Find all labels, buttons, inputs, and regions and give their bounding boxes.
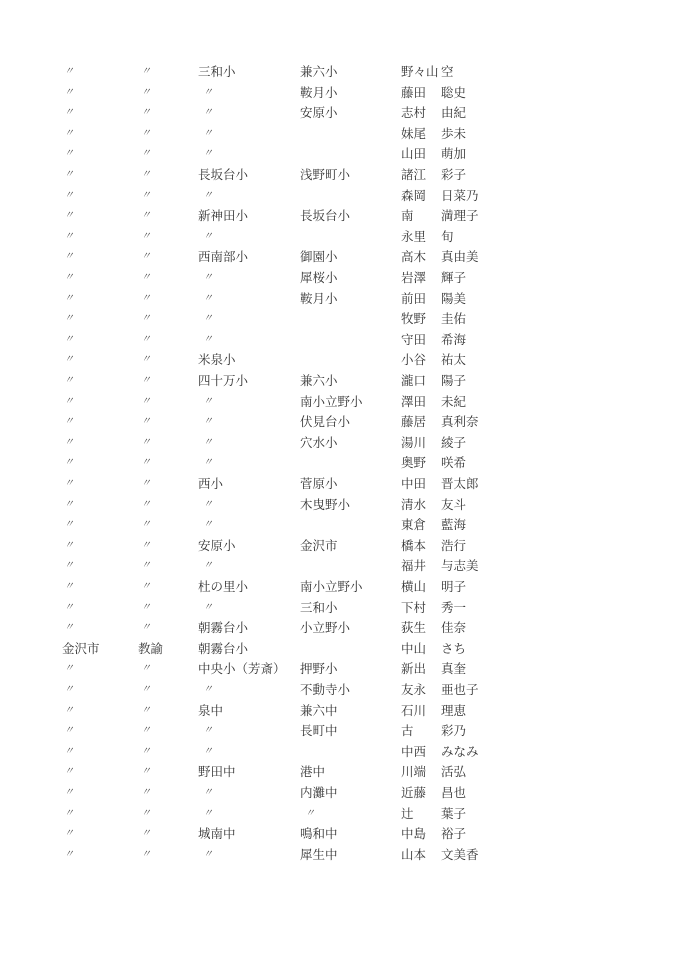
role-cell: 〃 — [141, 680, 151, 700]
school-cell: 三和小 — [198, 62, 236, 82]
school-cell: 朝霧台小 — [198, 639, 248, 659]
table-row: 〃〃米泉小小谷祐太 — [0, 350, 680, 370]
previous-school-cell: 穴水小 — [300, 433, 338, 453]
family-name: 下村 — [401, 598, 426, 618]
family-name: 古 — [401, 721, 414, 741]
previous-school-cell: 港中 — [300, 762, 325, 782]
city-cell: 〃 — [64, 289, 74, 309]
city-cell: 〃 — [64, 474, 74, 494]
city-cell: 〃 — [64, 804, 74, 824]
school-cell: 朝霧台小 — [198, 618, 248, 638]
name-cell: 山本文美香 — [401, 845, 426, 865]
school-cell: 〃 — [203, 412, 213, 432]
given-name: 旬 — [441, 227, 454, 247]
school-cell: 〃 — [203, 124, 213, 144]
table-row: 〃〃〃福井与志美 — [0, 556, 680, 576]
school-cell: 〃 — [203, 433, 213, 453]
table-row: 〃〃〃木曳野小清水友斗 — [0, 495, 680, 515]
school-cell: 〃 — [203, 804, 213, 824]
school-cell: 野田中 — [198, 762, 236, 782]
school-cell: 〃 — [203, 103, 213, 123]
table-row: 〃〃新神田小長坂台小南満理子 — [0, 206, 680, 226]
previous-school-cell: 鞍月小 — [300, 83, 338, 103]
city-cell: 〃 — [64, 659, 74, 679]
role-cell: 〃 — [141, 289, 151, 309]
city-cell: 〃 — [64, 371, 74, 391]
given-name: 活弘 — [441, 762, 466, 782]
name-cell: 小谷祐太 — [401, 350, 426, 370]
family-name: 藤田 — [401, 83, 426, 103]
role-cell: 〃 — [141, 536, 151, 556]
table-row: 〃〃〃内灘中近藤昌也 — [0, 783, 680, 803]
name-cell: 高木真由美 — [401, 247, 426, 267]
table-row: 〃〃〃妹尾歩未 — [0, 124, 680, 144]
table-row: 〃〃〃長町中古彩乃 — [0, 721, 680, 741]
role-cell: 〃 — [141, 186, 151, 206]
table-row: 〃〃城南中鳴和中中島裕子 — [0, 824, 680, 844]
name-cell: 福井与志美 — [401, 556, 426, 576]
city-cell: 〃 — [64, 433, 74, 453]
given-name: 裕子 — [441, 824, 466, 844]
name-cell: 南満理子 — [401, 206, 414, 226]
school-cell: 城南中 — [198, 824, 236, 844]
given-name: 浩行 — [441, 536, 466, 556]
role-cell: 〃 — [141, 577, 151, 597]
name-cell: 中島裕子 — [401, 824, 426, 844]
school-cell: 〃 — [203, 845, 213, 865]
given-name: 空 — [441, 62, 454, 82]
role-cell: 〃 — [141, 762, 151, 782]
school-cell: 〃 — [203, 227, 213, 247]
family-name: 小谷 — [401, 350, 426, 370]
school-cell: 〃 — [203, 742, 213, 762]
name-cell: 橋本浩行 — [401, 536, 426, 556]
name-cell: 森岡日菜乃 — [401, 186, 426, 206]
school-cell: 〃 — [203, 83, 213, 103]
previous-school-cell: 長坂台小 — [300, 206, 350, 226]
city-cell: 〃 — [64, 762, 74, 782]
given-name: 満理子 — [441, 206, 479, 226]
role-cell: 〃 — [141, 309, 151, 329]
family-name: 山田 — [401, 144, 426, 164]
previous-school-cell: 押野小 — [300, 659, 338, 679]
school-cell: 杜の里小 — [198, 577, 248, 597]
name-cell: 妹尾歩未 — [401, 124, 426, 144]
name-cell: 辻葉子 — [401, 804, 414, 824]
table-row: 〃〃〃守田希海 — [0, 330, 680, 350]
family-name: 森岡 — [401, 186, 426, 206]
role-cell: 〃 — [141, 701, 151, 721]
given-name: 文美香 — [441, 845, 479, 865]
table-row: 〃〃〃牧野圭佑 — [0, 309, 680, 329]
family-name: 永里 — [401, 227, 426, 247]
previous-school-cell: 木曳野小 — [300, 495, 350, 515]
table-row: 〃〃杜の里小南小立野小横山明子 — [0, 577, 680, 597]
table-row: 金沢市教諭朝霧台小中山さち — [0, 639, 680, 659]
school-cell: 〃 — [203, 598, 213, 618]
name-cell: 中山さち — [401, 639, 426, 659]
table-row: 〃〃〃犀桜小岩澤輝子 — [0, 268, 680, 288]
table-row: 〃〃西小菅原小中田晋太郎 — [0, 474, 680, 494]
family-name: 諸江 — [401, 165, 426, 185]
name-cell: 瀧口陽子 — [401, 371, 426, 391]
school-cell: 西小 — [198, 474, 223, 494]
table-row: 〃〃〃鞍月小前田陽美 — [0, 289, 680, 309]
role-cell: 〃 — [141, 474, 151, 494]
given-name: 友斗 — [441, 495, 466, 515]
given-name: 藍海 — [441, 515, 466, 535]
city-cell: 〃 — [64, 309, 74, 329]
family-name: 岩澤 — [401, 268, 426, 288]
family-name: 横山 — [401, 577, 426, 597]
city-cell: 〃 — [64, 845, 74, 865]
table-row: 〃〃三和小兼六小野々山空 — [0, 62, 680, 82]
document-page: 〃〃三和小兼六小野々山空〃〃〃鞍月小藤田聡史〃〃〃安原小志村由紀〃〃〃妹尾歩未〃… — [0, 0, 680, 961]
name-cell: 荻生佳奈 — [401, 618, 426, 638]
family-name: 福井 — [401, 556, 426, 576]
school-cell: 〃 — [203, 144, 213, 164]
given-name: 陽子 — [441, 371, 466, 391]
family-name: 友永 — [401, 680, 426, 700]
role-cell: 〃 — [141, 598, 151, 618]
name-cell: 守田希海 — [401, 330, 426, 350]
name-cell: 野々山空 — [401, 62, 439, 82]
role-cell: 〃 — [141, 556, 151, 576]
city-cell: 〃 — [64, 392, 74, 412]
city-cell: 〃 — [64, 721, 74, 741]
table-row: 〃〃安原小金沢市橋本浩行 — [0, 536, 680, 556]
city-cell: 〃 — [64, 83, 74, 103]
city-cell: 〃 — [64, 144, 74, 164]
table-row: 〃〃〃穴水小湯川綾子 — [0, 433, 680, 453]
role-cell: 〃 — [141, 350, 151, 370]
city-cell: 〃 — [64, 824, 74, 844]
city-cell: 〃 — [64, 598, 74, 618]
family-name: 新出 — [401, 659, 426, 679]
role-cell: 〃 — [141, 742, 151, 762]
table-row: 〃〃泉中兼六中石川理恵 — [0, 701, 680, 721]
school-cell: 〃 — [203, 186, 213, 206]
city-cell: 〃 — [64, 247, 74, 267]
name-cell: 下村秀一 — [401, 598, 426, 618]
city-cell: 〃 — [64, 124, 74, 144]
family-name: 妹尾 — [401, 124, 426, 144]
city-cell: 〃 — [64, 701, 74, 721]
previous-school-cell: 長町中 — [300, 721, 338, 741]
family-name: 橋本 — [401, 536, 426, 556]
previous-school-cell: 兼六中 — [300, 701, 338, 721]
previous-school-cell: 小立野小 — [300, 618, 350, 638]
given-name: 萌加 — [441, 144, 466, 164]
previous-school-cell: 南小立野小 — [300, 577, 363, 597]
family-name: 志村 — [401, 103, 426, 123]
role-cell: 〃 — [141, 453, 151, 473]
given-name: 未紀 — [441, 392, 466, 412]
family-name: 中田 — [401, 474, 426, 494]
family-name: 高木 — [401, 247, 426, 267]
family-name: 澤田 — [401, 392, 426, 412]
name-cell: 中田晋太郎 — [401, 474, 426, 494]
previous-school-cell: 菅原小 — [300, 474, 338, 494]
given-name: 昌也 — [441, 783, 466, 803]
city-cell: 〃 — [64, 412, 74, 432]
family-name: 奥野 — [401, 453, 426, 473]
city-cell: 〃 — [64, 556, 74, 576]
given-name: 祐太 — [441, 350, 466, 370]
name-cell: 志村由紀 — [401, 103, 426, 123]
table-row: 〃〃〃東倉藍海 — [0, 515, 680, 535]
name-cell: 奥野咲希 — [401, 453, 426, 473]
given-name: 陽美 — [441, 289, 466, 309]
city-cell: 〃 — [64, 268, 74, 288]
given-name: 彩乃 — [441, 721, 466, 741]
given-name: 咲希 — [441, 453, 466, 473]
previous-school-cell: 南小立野小 — [300, 392, 363, 412]
table-row: 〃〃〃奥野咲希 — [0, 453, 680, 473]
name-cell: 前田陽美 — [401, 289, 426, 309]
role-cell: 〃 — [141, 495, 151, 515]
family-name: 辻 — [401, 804, 414, 824]
previous-school-cell: 犀生中 — [300, 845, 338, 865]
table-row: 〃〃西南部小御園小高木真由美 — [0, 247, 680, 267]
role-cell: 〃 — [141, 83, 151, 103]
name-cell: 東倉藍海 — [401, 515, 426, 535]
role-cell: 〃 — [141, 659, 151, 679]
role-cell: 〃 — [141, 330, 151, 350]
name-cell: 川端活弘 — [401, 762, 426, 782]
role-cell: 〃 — [141, 433, 151, 453]
role-cell: 〃 — [141, 62, 151, 82]
family-name: 藤居 — [401, 412, 426, 432]
table-row: 〃〃〃三和小下村秀一 — [0, 598, 680, 618]
previous-school-cell: 金沢市 — [300, 536, 338, 556]
city-cell: 〃 — [64, 206, 74, 226]
previous-school-cell: 三和小 — [300, 598, 338, 618]
given-name: 聡史 — [441, 83, 466, 103]
family-name: 石川 — [401, 701, 426, 721]
school-cell: 〃 — [203, 330, 213, 350]
family-name: 野々山 — [401, 62, 439, 82]
role-cell: 〃 — [141, 371, 151, 391]
previous-school-cell: 〃 — [305, 804, 315, 824]
role-cell: 〃 — [141, 804, 151, 824]
city-cell: 〃 — [64, 330, 74, 350]
table-row: 〃〃〃安原小志村由紀 — [0, 103, 680, 123]
given-name: みなみ — [441, 742, 479, 762]
family-name: 中島 — [401, 824, 426, 844]
role-cell: 〃 — [141, 165, 151, 185]
family-name: 中西 — [401, 742, 426, 762]
previous-school-cell: 安原小 — [300, 103, 338, 123]
city-cell: 〃 — [64, 62, 74, 82]
role-cell: 〃 — [141, 845, 151, 865]
school-cell: 〃 — [203, 309, 213, 329]
family-name: 山本 — [401, 845, 426, 865]
school-cell: 新神田小 — [198, 206, 248, 226]
given-name: 葉子 — [441, 804, 466, 824]
table-row: 〃〃〃永里旬 — [0, 227, 680, 247]
family-name: 守田 — [401, 330, 426, 350]
table-row: 〃〃野田中港中川端活弘 — [0, 762, 680, 782]
school-cell: 〃 — [203, 721, 213, 741]
role-cell: 〃 — [141, 268, 151, 288]
city-cell: 〃 — [64, 453, 74, 473]
previous-school-cell: 浅野町小 — [300, 165, 350, 185]
given-name: 晋太郎 — [441, 474, 479, 494]
given-name: 希海 — [441, 330, 466, 350]
name-cell: 藤田聡史 — [401, 83, 426, 103]
city-cell: 〃 — [64, 350, 74, 370]
given-name: 理恵 — [441, 701, 466, 721]
given-name: 日菜乃 — [441, 186, 479, 206]
role-cell: 〃 — [141, 103, 151, 123]
table-row: 〃〃〃〃辻葉子 — [0, 804, 680, 824]
given-name: 秀一 — [441, 598, 466, 618]
name-cell: 澤田未紀 — [401, 392, 426, 412]
school-cell: 〃 — [203, 453, 213, 473]
previous-school-cell: 不動寺小 — [300, 680, 350, 700]
role-cell: 〃 — [141, 124, 151, 144]
given-name: 明子 — [441, 577, 466, 597]
family-name: 中山 — [401, 639, 426, 659]
family-name: 瀧口 — [401, 371, 426, 391]
given-name: 歩未 — [441, 124, 466, 144]
city-cell: 〃 — [64, 536, 74, 556]
given-name: 真奎 — [441, 659, 466, 679]
school-cell: 〃 — [203, 515, 213, 535]
role-cell: 教諭 — [138, 639, 163, 659]
school-cell: 長坂台小 — [198, 165, 248, 185]
role-cell: 〃 — [141, 412, 151, 432]
given-name: 真由美 — [441, 247, 479, 267]
name-cell: 牧野圭佑 — [401, 309, 426, 329]
given-name: 与志美 — [441, 556, 479, 576]
role-cell: 〃 — [141, 515, 151, 535]
family-name: 荻生 — [401, 618, 426, 638]
school-cell: 安原小 — [198, 536, 236, 556]
table-row: 〃〃〃森岡日菜乃 — [0, 186, 680, 206]
family-name: 前田 — [401, 289, 426, 309]
given-name: 由紀 — [441, 103, 466, 123]
name-cell: 山田萌加 — [401, 144, 426, 164]
given-name: 佳奈 — [441, 618, 466, 638]
city-cell: 〃 — [64, 495, 74, 515]
table-row: 〃〃〃山田萌加 — [0, 144, 680, 164]
school-cell: 四十万小 — [198, 371, 248, 391]
given-name: 圭佑 — [441, 309, 466, 329]
role-cell: 〃 — [141, 206, 151, 226]
given-name: 亜也子 — [441, 680, 479, 700]
school-cell: 〃 — [203, 392, 213, 412]
given-name: 真利奈 — [441, 412, 479, 432]
school-cell: 〃 — [203, 783, 213, 803]
previous-school-cell: 内灘中 — [300, 783, 338, 803]
school-cell: 米泉小 — [198, 350, 236, 370]
name-cell: 友永亜也子 — [401, 680, 426, 700]
city-cell: 〃 — [64, 618, 74, 638]
role-cell: 〃 — [141, 783, 151, 803]
previous-school-cell: 伏見台小 — [300, 412, 350, 432]
name-cell: 清水友斗 — [401, 495, 426, 515]
role-cell: 〃 — [141, 247, 151, 267]
previous-school-cell: 兼六小 — [300, 371, 338, 391]
school-cell: 中央小（芳斎） — [198, 659, 286, 679]
school-cell: 〃 — [203, 268, 213, 288]
name-cell: 中西みなみ — [401, 742, 426, 762]
name-cell: 横山明子 — [401, 577, 426, 597]
family-name: 清水 — [401, 495, 426, 515]
city-cell: 〃 — [64, 515, 74, 535]
school-cell: 〃 — [203, 680, 213, 700]
name-cell: 石川理恵 — [401, 701, 426, 721]
city-cell: 〃 — [64, 577, 74, 597]
family-name: 南 — [401, 206, 414, 226]
school-cell: 泉中 — [198, 701, 223, 721]
table-row: 〃〃長坂台小浅野町小諸江彩子 — [0, 165, 680, 185]
role-cell: 〃 — [141, 618, 151, 638]
given-name: さち — [441, 639, 466, 659]
previous-school-cell: 御園小 — [300, 247, 338, 267]
previous-school-cell: 鳴和中 — [300, 824, 338, 844]
name-cell: 岩澤輝子 — [401, 268, 426, 288]
name-cell: 諸江彩子 — [401, 165, 426, 185]
table-row: 〃〃〃鞍月小藤田聡史 — [0, 83, 680, 103]
name-cell: 近藤昌也 — [401, 783, 426, 803]
city-cell: 〃 — [64, 227, 74, 247]
family-name: 牧野 — [401, 309, 426, 329]
family-name: 近藤 — [401, 783, 426, 803]
city-cell: 〃 — [64, 186, 74, 206]
given-name: 彩子 — [441, 165, 466, 185]
city-cell: 〃 — [64, 742, 74, 762]
city-cell: 金沢市 — [62, 639, 100, 659]
school-cell: 西南部小 — [198, 247, 248, 267]
given-name: 輝子 — [441, 268, 466, 288]
table-row: 〃〃〃不動寺小友永亜也子 — [0, 680, 680, 700]
school-cell: 〃 — [203, 495, 213, 515]
role-cell: 〃 — [141, 721, 151, 741]
school-cell: 〃 — [203, 556, 213, 576]
name-cell: 湯川綾子 — [401, 433, 426, 453]
name-cell: 古彩乃 — [401, 721, 414, 741]
family-name: 湯川 — [401, 433, 426, 453]
role-cell: 〃 — [141, 392, 151, 412]
family-name: 川端 — [401, 762, 426, 782]
previous-school-cell: 犀桜小 — [300, 268, 338, 288]
name-cell: 藤居真利奈 — [401, 412, 426, 432]
previous-school-cell: 鞍月小 — [300, 289, 338, 309]
city-cell: 〃 — [64, 680, 74, 700]
school-cell: 〃 — [203, 289, 213, 309]
previous-school-cell: 兼六小 — [300, 62, 338, 82]
name-cell: 永里旬 — [401, 227, 426, 247]
role-cell: 〃 — [141, 227, 151, 247]
city-cell: 〃 — [64, 103, 74, 123]
table-row: 〃〃〃伏見台小藤居真利奈 — [0, 412, 680, 432]
table-row: 〃〃〃犀生中山本文美香 — [0, 845, 680, 865]
table-row: 〃〃四十万小兼六小瀧口陽子 — [0, 371, 680, 391]
city-cell: 〃 — [64, 165, 74, 185]
city-cell: 〃 — [64, 783, 74, 803]
role-cell: 〃 — [141, 824, 151, 844]
table-row: 〃〃〃中西みなみ — [0, 742, 680, 762]
name-cell: 新出真奎 — [401, 659, 426, 679]
role-cell: 〃 — [141, 144, 151, 164]
table-row: 〃〃中央小（芳斎）押野小新出真奎 — [0, 659, 680, 679]
family-name: 東倉 — [401, 515, 426, 535]
table-row: 〃〃朝霧台小小立野小荻生佳奈 — [0, 618, 680, 638]
given-name: 綾子 — [441, 433, 466, 453]
